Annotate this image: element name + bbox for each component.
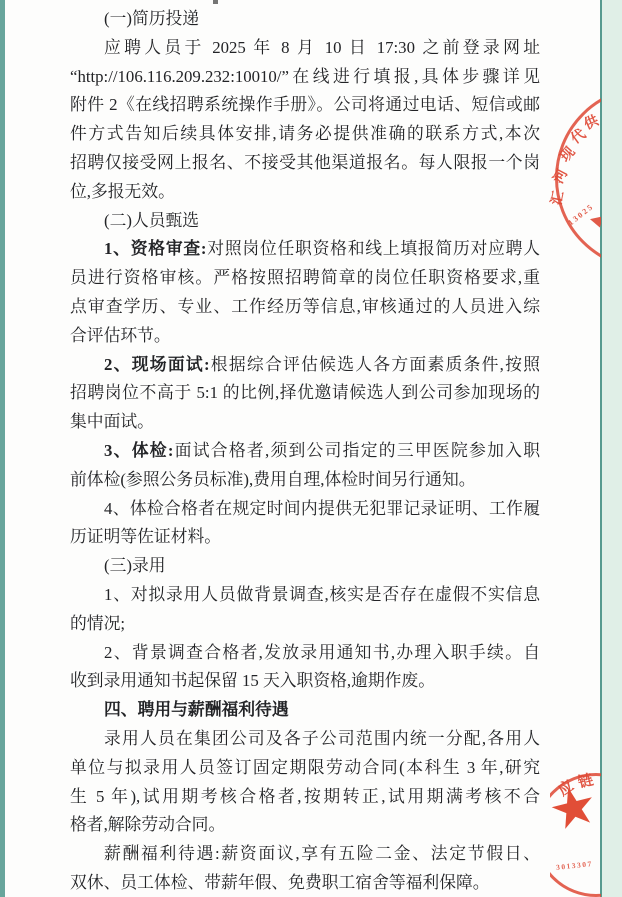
line-segment: 面试合格者,须到公司指定的三甲医院参加入职	[173, 441, 540, 460]
line-segment: 单位与拟录用人员签订固定期限劳动合同(本科生 3 年,研究	[70, 758, 540, 777]
document-line: 双休、员工体检、带薪年假、免费职工宿舍等福利保障。	[70, 869, 540, 897]
seal-arc-char: 汇	[548, 189, 568, 207]
line-segment: 薪酬福利待遇:薪资面议,享有五险二金、法定节假日、	[104, 844, 540, 863]
page-edge-line	[600, 0, 602, 897]
scanned-document-page: (一)简历投递应聘人员于 2025 年 8 月 10 日 17:30 之前登录网…	[0, 0, 622, 897]
scan-right-edge-strip	[602, 0, 622, 897]
document-line: 2、背景调查合格者,发放录用通知书,办理入职手续。自	[70, 639, 540, 668]
document-line: “http://106.116.209.232:10010/”在线进行填报,具体…	[70, 63, 540, 92]
line-segment: 格者,解除劳动合同。	[70, 815, 225, 834]
line-segment: 招聘仅接受网上报名、不接受其他渠道报名。每人限报一个岗	[70, 153, 540, 172]
document-line: 应聘人员于 2025 年 8 月 10 日 17:30 之前登录网址	[70, 34, 540, 63]
seal-arc-char: 链	[576, 768, 596, 792]
line-segment: 生 5 年),试用期考核合格者,按期转正,试用期满考核不合	[70, 787, 540, 806]
line-segment: 收到录用通知书起保留 15 天入职资格,逾期作废。	[70, 671, 435, 690]
document-line: 前体检(参照公务员标准),费用自理,体检时间另行通知。	[70, 466, 540, 495]
document-line: 招聘仅接受网上报名、不接受其他渠道报名。每人限报一个岗	[70, 149, 540, 178]
document-line: 薪酬福利待遇:薪资面议,享有五险二金、法定节假日、	[70, 840, 540, 869]
document-line: 单位与拟录用人员签订固定期限劳动合同(本科生 3 年,研究	[70, 754, 540, 783]
line-segment: 四、聘用与薪酬福利待遇	[104, 700, 289, 719]
document-line: (二)人员甄选	[70, 207, 540, 236]
seal-ring	[550, 773, 601, 897]
document-line: 录用人员在集团公司及各子公司范围内统一分配,各用人	[70, 725, 540, 754]
line-segment: 集中面试。	[70, 412, 154, 431]
cut-off-character-fragment	[213, 0, 218, 4]
document-line: 格者,解除劳动合同。	[70, 811, 540, 840]
document-line: 3、体检:面试合格者,须到公司指定的三甲医院参加入职	[70, 437, 540, 466]
line-segment: 3、体检:	[104, 441, 173, 460]
document-line: 集中面试。	[70, 408, 540, 437]
line-segment: 应聘人员于 2025 年 8 月 10 日 17:30 之前登录网址	[104, 38, 540, 57]
line-segment: 历证明等佐证材料。	[70, 527, 221, 546]
line-segment: 附件 2《在线招聘系统操作手册》。公司将通过电话、短信或邮	[70, 95, 540, 114]
line-segment: 对照岗位任职资格和线上填报简历对应聘人	[207, 239, 540, 258]
line-segment: 录用人员在集团公司及各子公司范围内统一分配,各用人	[104, 729, 540, 748]
star-icon: ★	[550, 776, 601, 840]
document-line: 合评估环节。	[70, 322, 540, 351]
line-segment: (三)录用	[104, 556, 166, 575]
line-segment: 合评估环节。	[70, 326, 171, 345]
line-segment: 件方式告知后续具体安排,请务必提供准确的联系方式,本次	[70, 124, 540, 143]
line-segment: (二)人员甄选	[104, 211, 199, 230]
line-segment: 2、现场面试:	[104, 355, 210, 374]
seal-ring	[555, 92, 601, 260]
document-line: 位,多报无效。	[70, 178, 540, 207]
document-line: (一)简历投递	[70, 5, 540, 34]
line-segment: 双休、员工体检、带薪年假、免费职工宿舍等福利保障。	[70, 873, 490, 892]
line-segment: 1、对拟录用人员做背景调查,核实是否存在虚假不实信息	[104, 585, 540, 604]
document-line: 4、体检合格者在规定时间内提供无犯罪记录证明、工作履	[70, 495, 540, 524]
document-line: 2、现场面试:根据综合评估候选人各方面素质条件,按照	[70, 351, 540, 380]
line-segment: 员进行资格审核。严格按照招聘简章的岗位任职资格要求,重	[70, 268, 540, 287]
document-line: 招聘岗位不高于 5:1 的比例,择优邀请候选人到公司参加现场的	[70, 379, 540, 408]
document-line: 点审查学历、专业、工作经历等信息,审核通过的人员进入综	[70, 293, 540, 322]
seal-arc-char: 应	[553, 775, 577, 801]
scan-left-edge-strip	[0, 0, 5, 897]
document-line: 历证明等佐证材料。	[70, 523, 540, 552]
line-segment: 点审查学历、专业、工作经历等信息,审核通过的人员进入综	[70, 297, 540, 316]
document-line: 件方式告知后续具体安排,请务必提供准确的联系方式,本次	[70, 120, 540, 149]
document-line: 的情况;	[70, 610, 540, 639]
document-line: 1、资格审查:对照岗位任职资格和线上填报简历对应聘人	[70, 235, 540, 264]
document-body: (一)简历投递应聘人员于 2025 年 8 月 10 日 17:30 之前登录网…	[70, 5, 540, 897]
document-line: (三)录用	[70, 552, 540, 581]
seal-arc-char: 供	[581, 110, 601, 134]
company-seal-top-partial: 13025 汇河现代供	[548, 92, 601, 260]
line-segment: 位,多报无效。	[70, 182, 175, 201]
document-line: 收到录用通知书起保留 15 天入职资格,逾期作废。	[70, 667, 540, 696]
line-segment: 的情况;	[70, 614, 125, 633]
document-line: 生 5 年),试用期考核合格者,按期转正,试用期满考核不合	[70, 783, 540, 812]
line-segment: 招聘岗位不高于 5:1 的比例,择优邀请候选人到公司参加现场的	[70, 383, 540, 402]
document-line: 附件 2《在线招聘系统操作手册》。公司将通过电话、短信或邮	[70, 91, 540, 120]
seal-arc-char: 现	[555, 142, 579, 166]
document-line: 员进行资格审核。严格按照招聘简章的岗位任职资格要求,重	[70, 264, 540, 293]
seal-arc-char: 代	[566, 124, 589, 148]
line-segment: 根据综合评估候选人各方面素质条件,按照	[210, 355, 540, 374]
line-segment: 4、体检合格者在规定时间内提供无犯罪记录证明、工作履	[104, 499, 540, 518]
line-segment: “http://106.116.209.232:10010/”在线进行填报,具体…	[70, 67, 540, 86]
document-line: 四、聘用与薪酬福利待遇	[70, 696, 540, 725]
seal-number: 3013307	[556, 859, 593, 872]
company-seal-bottom-partial: ★ 3013307 应链	[550, 763, 601, 897]
line-segment: 2、背景调查合格者,发放录用通知书,办理入职手续。自	[104, 643, 540, 662]
seal-number: 13025	[566, 202, 595, 228]
line-segment: 前体检(参照公务员标准),费用自理,体检时间另行通知。	[70, 470, 476, 489]
seal-arc-char: 河	[548, 165, 572, 187]
line-segment: 1、资格审查:	[104, 239, 207, 258]
line-segment: (一)简历投递	[104, 9, 199, 28]
document-line: 1、对拟录用人员做背景调查,核实是否存在虚假不实信息	[70, 581, 540, 610]
